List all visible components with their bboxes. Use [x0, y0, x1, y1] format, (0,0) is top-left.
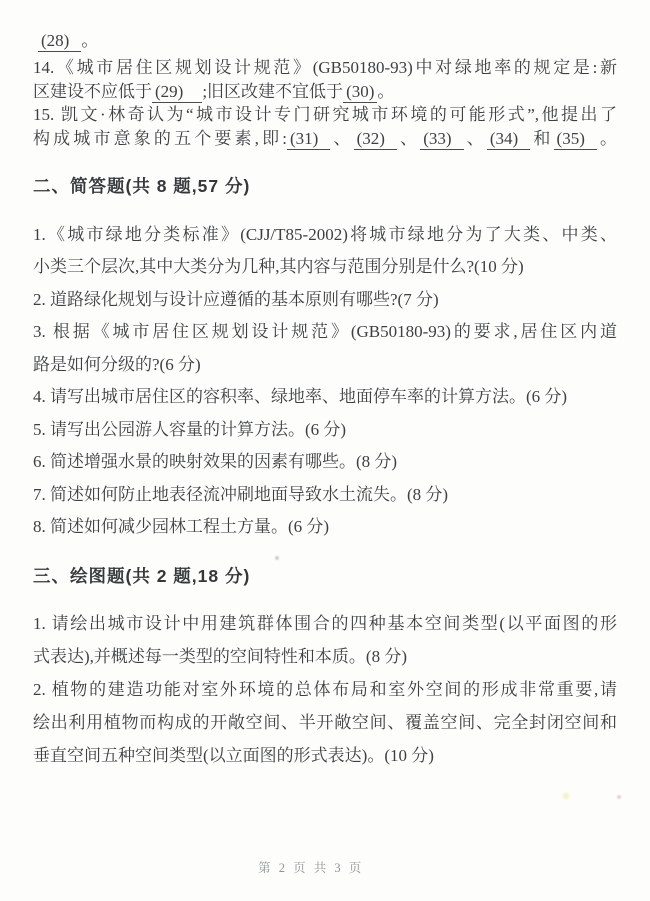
q15-separator-4: 和 — [530, 129, 553, 148]
q14-line-1: 14.《城市居住区规划设计规范》(GB50180-93)中对绿地率的规定是:新 — [33, 56, 617, 80]
blank-35: (35) — [554, 129, 597, 150]
s2-q3-line-1: 3. 根据《城市居住区规划设计规范》(GB50180-93)的要求,居住区内道 — [33, 316, 617, 349]
section-short-answer-heading: 二、简答题(共 8 题,57 分) — [33, 174, 617, 199]
s3-q2-line-3: 垂直空间五种空间类型(以立面图的形式表达)。(10 分) — [33, 739, 617, 772]
scan-artifact-speck — [617, 795, 621, 799]
blank-31: (31) — [287, 129, 330, 150]
exam-paper-page: (28)。 14.《城市居住区规划设计规范》(GB50180-93)中对绿地率的… — [0, 0, 650, 901]
q15-line-2: 构成城市意象的五个要素,即:(31)、(32)、(33)、(34)和(35)。 — [33, 127, 617, 151]
s2-q5-line-1: 5. 请写出公园游人容量的计算方法。(6 分) — [33, 414, 617, 447]
s2-q8-line-1: 8. 简述如何减少园林工程土方量。(6 分) — [33, 511, 617, 544]
s2-q3-line-2: 路是如何分级的?(6 分) — [33, 349, 617, 382]
drawing-questions-block: 1. 请绘出城市设计中用建筑群体围合的四种基本空间类型(以平面图的形 式表达),… — [33, 607, 617, 772]
page-content: (28)。 14.《城市居住区规划设计规范》(GB50180-93)中对绿地率的… — [33, 0, 617, 772]
q15-separator-2: 、 — [397, 129, 420, 148]
scan-artifact-speck — [563, 793, 569, 799]
s3-q2-line-1: 2. 植物的建造功能对室外环境的总体布局和室外空间的形成非常重要,请 — [33, 673, 617, 706]
q14-text-pre: 区建设不应低于 — [33, 82, 152, 101]
blank-28: (28) — [38, 31, 81, 52]
scan-artifact-speck — [275, 556, 279, 560]
s2-q1-line-1: 1.《城市绿地分类标准》(CJJ/T85-2002)将城市绿地分为了大类、中类、 — [33, 219, 617, 252]
q15-period: 。 — [597, 129, 617, 148]
q13-period: 。 — [81, 31, 98, 50]
blank-33: (33) — [420, 129, 463, 150]
section-drawing-heading: 三、绘图题(共 2 题,18 分) — [33, 564, 617, 589]
q15-separator-3: 、 — [464, 129, 487, 148]
s3-q1-line-2: 式表达),并概述每一类型的空间特性和本质。(8 分) — [33, 640, 617, 673]
s3-q1-line-1: 1. 请绘出城市设计中用建筑群体围合的四种基本空间类型(以平面图的形 — [33, 607, 617, 640]
s2-q1-line-2: 小类三个层次,其中大类分为几种,其内容与范围分别是什么?(10 分) — [33, 251, 617, 284]
s2-q4-line-1: 4. 请写出城市居住区的容积率、绿地率、地面停车率的计算方法。(6 分) — [33, 381, 617, 414]
blank-32: (32) — [354, 129, 397, 150]
fill-in-questions-block: (28)。 14.《城市居住区规划设计规范》(GB50180-93)中对绿地率的… — [33, 0, 617, 151]
short-answer-questions-block: 1.《城市绿地分类标准》(CJJ/T85-2002)将城市绿地分为了大类、中类、… — [33, 219, 617, 544]
q15-text-pre: 构成城市意象的五个要素,即: — [33, 129, 287, 148]
page-number-footer: 第 2 页 共 3 页 — [0, 858, 636, 876]
s3-q2-line-2: 绘出利用植物而构成的开敞空间、半开敞空间、覆盖空间、完全封闭空间和 — [33, 706, 617, 739]
s2-q7-line-1: 7. 简述如何防止地表径流冲刷地面导致水土流失。(8 分) — [33, 479, 617, 512]
blank-34: (34) — [487, 129, 530, 150]
s2-q2-line-1: 2. 道路绿化规划与设计应遵循的基本原则有哪些?(7 分) — [33, 284, 617, 317]
q15-separator-1: 、 — [330, 129, 353, 148]
s2-q6-line-1: 6. 简述增强水景的映射效果的因素有哪些。(8 分) — [33, 446, 617, 479]
q15-line-1: 15. 凯文·林奇认为“城市设计专门研究城市环境的可能形式”,他提出了 — [33, 103, 617, 127]
q13-answer-line: (28)。 — [33, 29, 617, 53]
q14-period: 。 — [377, 82, 394, 101]
q14-text-mid: ;旧区改建不宜低于 — [202, 82, 343, 101]
blank-29: (29) — [152, 82, 202, 103]
q14-line-2: 区建设不应低于(29);旧区改建不宜低于(30)。 — [33, 80, 617, 104]
blank-30: (30) — [343, 82, 377, 103]
